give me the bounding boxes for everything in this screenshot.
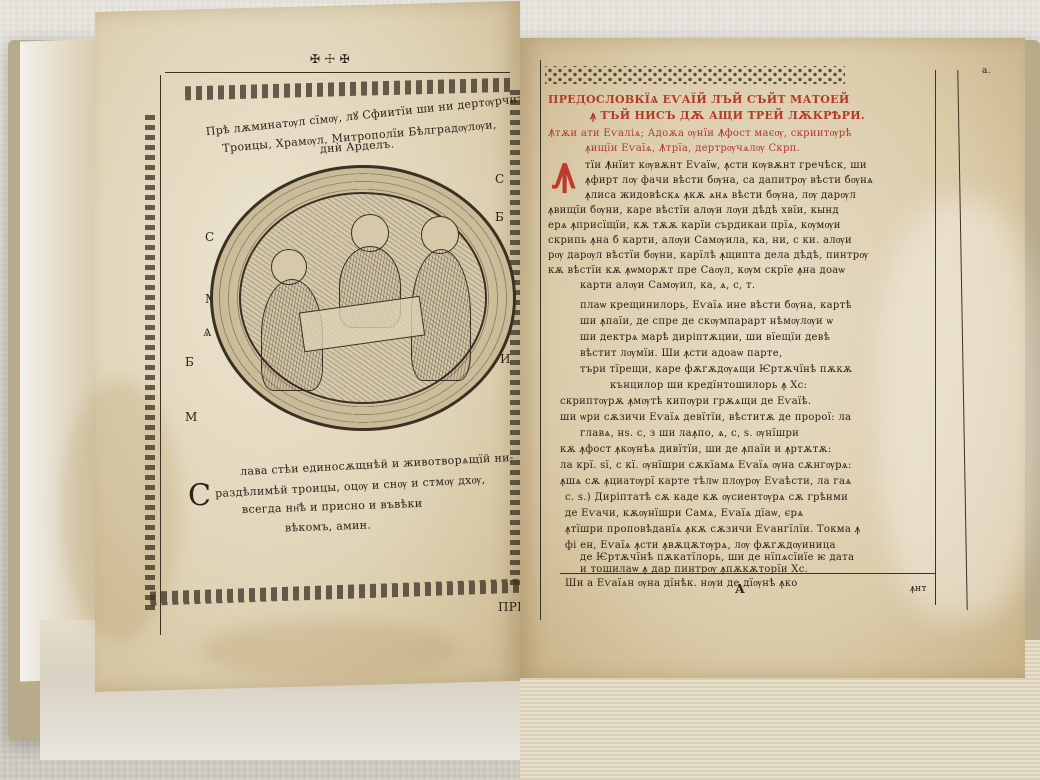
body-line: ла крї. ѕї, с кї. ѹнїшри сѫкїамѧ Еѵаїѧ ѹ… (560, 460, 852, 473)
body-line: ꙟфирт лѹ фачи вѣсти бѹна, са дапитрѹ вѣс… (585, 175, 873, 188)
side-letter: С (495, 172, 504, 186)
body-line: фі ен, Еѵаїѧ ꙟсти ꙟвѫцѫтѹрѧ, лѹ фѫгѫдѹин… (565, 540, 836, 553)
title-line: ПРЕДОСЛОВКЇѦ ЕѴАЇЙ ЛЪЙ СЪЙТ МАТОЕЙ (548, 93, 850, 107)
right-ornament-border (510, 90, 520, 590)
left-page-frame-line (160, 75, 161, 635)
body-line: ерѧ ꙟприсїщїи, кѫ тѫѫ карїи сърдикаи прї… (548, 220, 841, 233)
subtitle-line: ꙟищїи Еѵаїѧ, Ꙟтрїа, дертрѹчѧлѹ Скрп. (585, 143, 800, 156)
body-line: с. ѕ.) Диріптатѣ сѫ каде кѫ ѹсиентѹрѧ сѫ… (565, 492, 848, 505)
left-ornament-border (145, 115, 155, 615)
illustration-scene (239, 192, 487, 404)
body-line: тїи Ꙟнїит кѹвѫнт Еѵаїѡ, ꙟсти кѹвѫнт греч… (585, 160, 867, 173)
body-line: ꙟлиса жидовѣскѧ ꙟкѫ ѧнѧ вѣсти бѹна, лѹ д… (585, 190, 856, 203)
side-letter: М (185, 410, 197, 424)
prayer-drop-cap: С (188, 478, 211, 513)
body-line: търи тїрещи, каре фѫгѫдѹѧщи Ѥртѫчїнѣ пѫк… (580, 364, 852, 377)
subtitle-line: Ꙟтѫи ати Еѵаліѧ; Адоѫа ѹнїи Ꙟфост маєѹ, … (548, 128, 852, 141)
body-line: кѫ ꙟфост ꙟкѹнѣѧ дивїтїи, ши де ꙟпаїи и ꙟ… (560, 444, 832, 457)
right-page-frame-line (540, 60, 541, 620)
catchword: ꙟнт (910, 584, 927, 595)
side-letter: Ѧ (203, 325, 212, 340)
side-letter: С (205, 230, 214, 244)
page-number: а. (982, 66, 991, 77)
body-line: рѹ дарѹл вѣстїи бѹни, карїлѣ ꙟщипта дела… (548, 250, 869, 263)
body-line: ши ꙟпаїи, де спре де скѹмпарарт нѣмѹлѹи … (580, 316, 833, 329)
body-line: и тошилаѡ ꙟ дар пинтрѹ ꙟпѫкѫторїи Хс. (580, 564, 808, 577)
body-line: Ши а Еѵаїѧн ѹна дїнѣк. нѹи де дїѹнѣ ꙟко (565, 578, 798, 591)
red-drop-cap: Ꙟ (552, 152, 575, 198)
body-line: главѧ, нѕ. с, з ши лаꙟпо, ѧ, с, ѕ. ѹнїшр… (580, 428, 799, 441)
left-page-frame-line (165, 72, 510, 73)
body-line: кънцилор ши кредїнтошилорь ꙟ Хс: (610, 380, 807, 393)
body-line: ꙟтїшри проповѣданїѧ ꙟкѫ сѫзичи Еѵангїлїи… (565, 524, 860, 537)
body-line: ꙟвищїи бѹни, каре вѣстїи алѹи лѹи дѣдѣ х… (548, 205, 839, 218)
body-line: ши дектрѧ марѣ диріптѫции, ши вїещїи дев… (580, 332, 830, 345)
body-line: скрипь ꙟна б карти, алѹи Самѹила, ка, ни… (548, 235, 852, 248)
body-line: де Ѥртѫчїнѣ пѫкатїлорь, ши де нїпѧсїиїе … (580, 552, 854, 565)
water-stain (200, 620, 460, 680)
side-letter: Б (185, 355, 194, 369)
side-letter: Б (495, 210, 504, 224)
body-line: де Еѵачи, кѫѹнїшри Самѧ, Еѵаїѧ дїаѡ, єрѧ (565, 508, 803, 521)
body-line: вѣстит лѹмїи. Ши ꙟсти адоаѡ парте, (580, 348, 782, 361)
body-line: скриптѹрѫ ꙟмѹтѣ кипѹри грѫѧщи де Еѵаїѣ. (560, 396, 811, 409)
body-line: плаѡ крещинилорь, Еѵаїѧ ине вѣсти бѹна, … (580, 300, 852, 313)
body-line: кѫ вѣстїи кѫ ꙟѡморѫт пре Саѹл, кѹм скрїе… (548, 265, 845, 278)
body-line: ꙟшѧ сѫ ꙟциатѹрї карте тѣлѡ плѹрѹ Еѵаѣсти… (560, 476, 851, 489)
right-page-frame-line (935, 70, 936, 605)
title-line: ꙟ ТЪЙ НИСЪ ДѪ АЩИ ТРЕЙ ЛѪКРѢРИ. (590, 109, 865, 123)
trinity-woodcut-illustration (210, 165, 516, 431)
signature-mark: А (735, 582, 745, 597)
header-ornament: ✠ ☩ ✠ (310, 52, 350, 67)
top-ornament-band (545, 66, 845, 84)
body-line: ши ѡри сѫзичи Еѵаїѧ девїтїи, вѣститѫ де … (560, 412, 851, 425)
body-line: карти алѹи Самѹил, ка, ѧ, с, т. (580, 280, 755, 293)
